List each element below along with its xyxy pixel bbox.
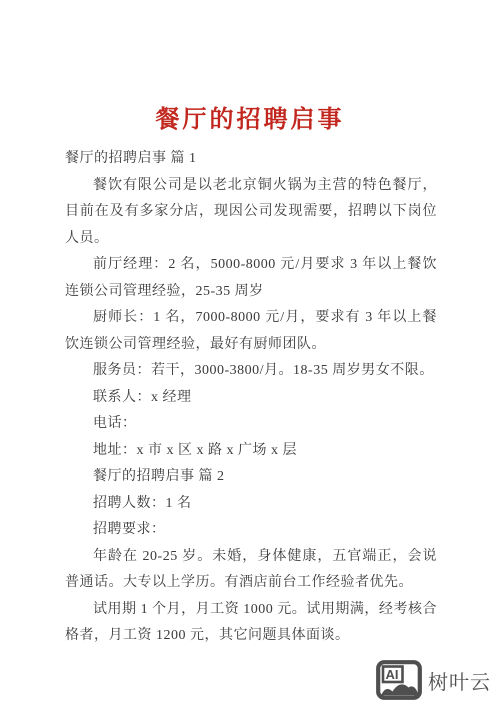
- paragraph: 前厅经理：2 名，5000-8000 元/月要求 3 年以上餐饮连锁公司管理经验…: [65, 252, 437, 305]
- paragraph: 餐饮有限公司是以老北京铜火锅为主营的特色餐厅，目前在及有多家分店，现因公司发现需…: [65, 173, 437, 253]
- paragraph: 厨师长：1 名，7000-8000 元/月，要求有 3 年以上餐饮连锁公司管理经…: [65, 305, 437, 358]
- paragraph: 地址：x 市 x 区 x 路 x 广场 x 层: [65, 438, 437, 465]
- logo-ai-text: AI: [386, 667, 399, 682]
- watermark-brand-text: 树叶云: [428, 666, 491, 695]
- paragraph: 联系人：x 经理: [65, 385, 437, 412]
- shuyeyun-ai-image-logo-icon: AI: [376, 660, 422, 700]
- document-body: 餐厅的招聘启事 篇 1餐饮有限公司是以老北京铜火锅为主营的特色餐厅，目前在及有多…: [65, 146, 437, 650]
- watermark: AI 树叶云: [376, 660, 491, 700]
- page-title: 餐厅的招聘启事: [0, 99, 500, 134]
- paragraph: 试用期 1 个月，月工资 1000 元。试用期满，经考核合格者，月工资 1200…: [65, 597, 437, 650]
- paragraph: 服务员：若干，3000-3800/月。18-35 周岁男女不限。: [65, 358, 437, 385]
- document-page: 餐厅的招聘启事 餐厅的招聘启事 篇 1餐饮有限公司是以老北京铜火锅为主营的特色餐…: [0, 0, 500, 707]
- paragraph: 招聘要求：: [65, 517, 437, 544]
- paragraph: 餐厅的招聘启事 篇 2: [65, 464, 437, 491]
- paragraph: 招聘人数：1 名: [65, 491, 437, 518]
- paragraph: 电话：: [65, 411, 437, 438]
- paragraph: 餐厅的招聘启事 篇 1: [65, 146, 437, 173]
- paragraph: 年龄在 20-25 岁。未婚，身体健康，五官端正，会说普通话。大专以上学历。有酒…: [65, 544, 437, 597]
